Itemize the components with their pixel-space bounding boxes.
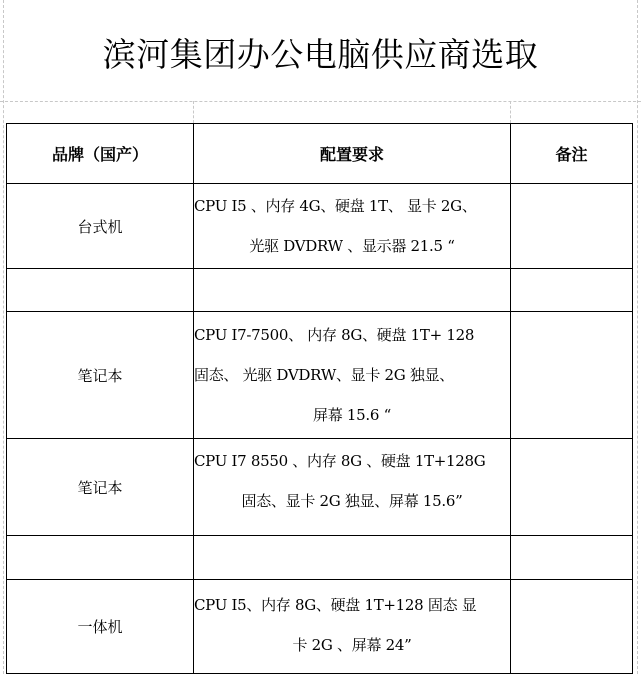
cell-spec[interactable] [194, 269, 511, 312]
table-row-empty [7, 536, 633, 580]
spec-line: 光驱 DVDRW 、显示器 21.5 “ [194, 226, 510, 266]
supplier-table: 品牌（国产） 配置要求 备注 台式机 CPU I5 、内存 4G、硬盘 1T、 … [6, 123, 633, 674]
cell-spec[interactable]: CPU I5 、内存 4G、硬盘 1T、 显卡 2G、 光驱 DVDRW 、显示… [194, 184, 511, 269]
table-row: 一体机 CPU I5、内存 8G、硬盘 1T+128 固态 显 卡 2G 、屏幕… [7, 580, 633, 674]
cell-brand[interactable] [7, 269, 194, 312]
gridline-col1 [193, 101, 194, 123]
header-brand[interactable]: 品牌（国产） [7, 124, 194, 184]
spec-line: 屏幕 15.6 “ [194, 395, 510, 435]
table-row: 笔记本 CPU I7 8550 、内存 8G 、硬盘 1T+128G 固态、显卡… [7, 439, 633, 536]
spec-line: 卡 2G 、屏幕 24” [194, 625, 510, 665]
cell-spec[interactable]: CPU I7 8550 、内存 8G 、硬盘 1T+128G 固态、显卡 2G … [194, 439, 511, 536]
spec-line: 固态、 光驱 DVDRW、显卡 2G 独显、 [194, 355, 510, 395]
header-spec[interactable]: 配置要求 [194, 124, 511, 184]
gridline-title-bottom [0, 101, 641, 102]
document-title: 滨河集团办公电脑供应商选取 [0, 30, 641, 80]
spec-line: 固态、显卡 2G 独显、屏幕 15.6” [194, 481, 510, 521]
cell-note[interactable] [511, 580, 633, 674]
gridline-col2 [510, 101, 511, 123]
cell-note[interactable] [511, 184, 633, 269]
spec-line: CPU I7-7500、 内存 8G、硬盘 1T+ 128 [194, 315, 510, 355]
cell-note[interactable] [511, 312, 633, 439]
spec-line: CPU I7 8550 、内存 8G 、硬盘 1T+128G [194, 441, 510, 481]
table-row-empty [7, 269, 633, 312]
cell-note[interactable] [511, 439, 633, 536]
header-note[interactable]: 备注 [511, 124, 633, 184]
spec-line: CPU I5、内存 8G、硬盘 1T+128 固态 显 [194, 585, 510, 625]
cell-brand[interactable]: 一体机 [7, 580, 194, 674]
cell-brand[interactable]: 笔记本 [7, 312, 194, 439]
table-row: 台式机 CPU I5 、内存 4G、硬盘 1T、 显卡 2G、 光驱 DVDRW… [7, 184, 633, 269]
cell-brand[interactable] [7, 536, 194, 580]
cell-spec[interactable]: CPU I5、内存 8G、硬盘 1T+128 固态 显 卡 2G 、屏幕 24” [194, 580, 511, 674]
spec-line: CPU I5 、内存 4G、硬盘 1T、 显卡 2G、 [194, 186, 510, 226]
cell-spec[interactable]: CPU I7-7500、 内存 8G、硬盘 1T+ 128 固态、 光驱 DVD… [194, 312, 511, 439]
cell-note[interactable] [511, 536, 633, 580]
cell-note[interactable] [511, 269, 633, 312]
table-row: 笔记本 CPU I7-7500、 内存 8G、硬盘 1T+ 128 固态、 光驱… [7, 312, 633, 439]
header-row: 品牌（国产） 配置要求 备注 [7, 124, 633, 184]
cell-brand[interactable]: 台式机 [7, 184, 194, 269]
cell-spec[interactable] [194, 536, 511, 580]
cell-brand[interactable]: 笔记本 [7, 439, 194, 536]
